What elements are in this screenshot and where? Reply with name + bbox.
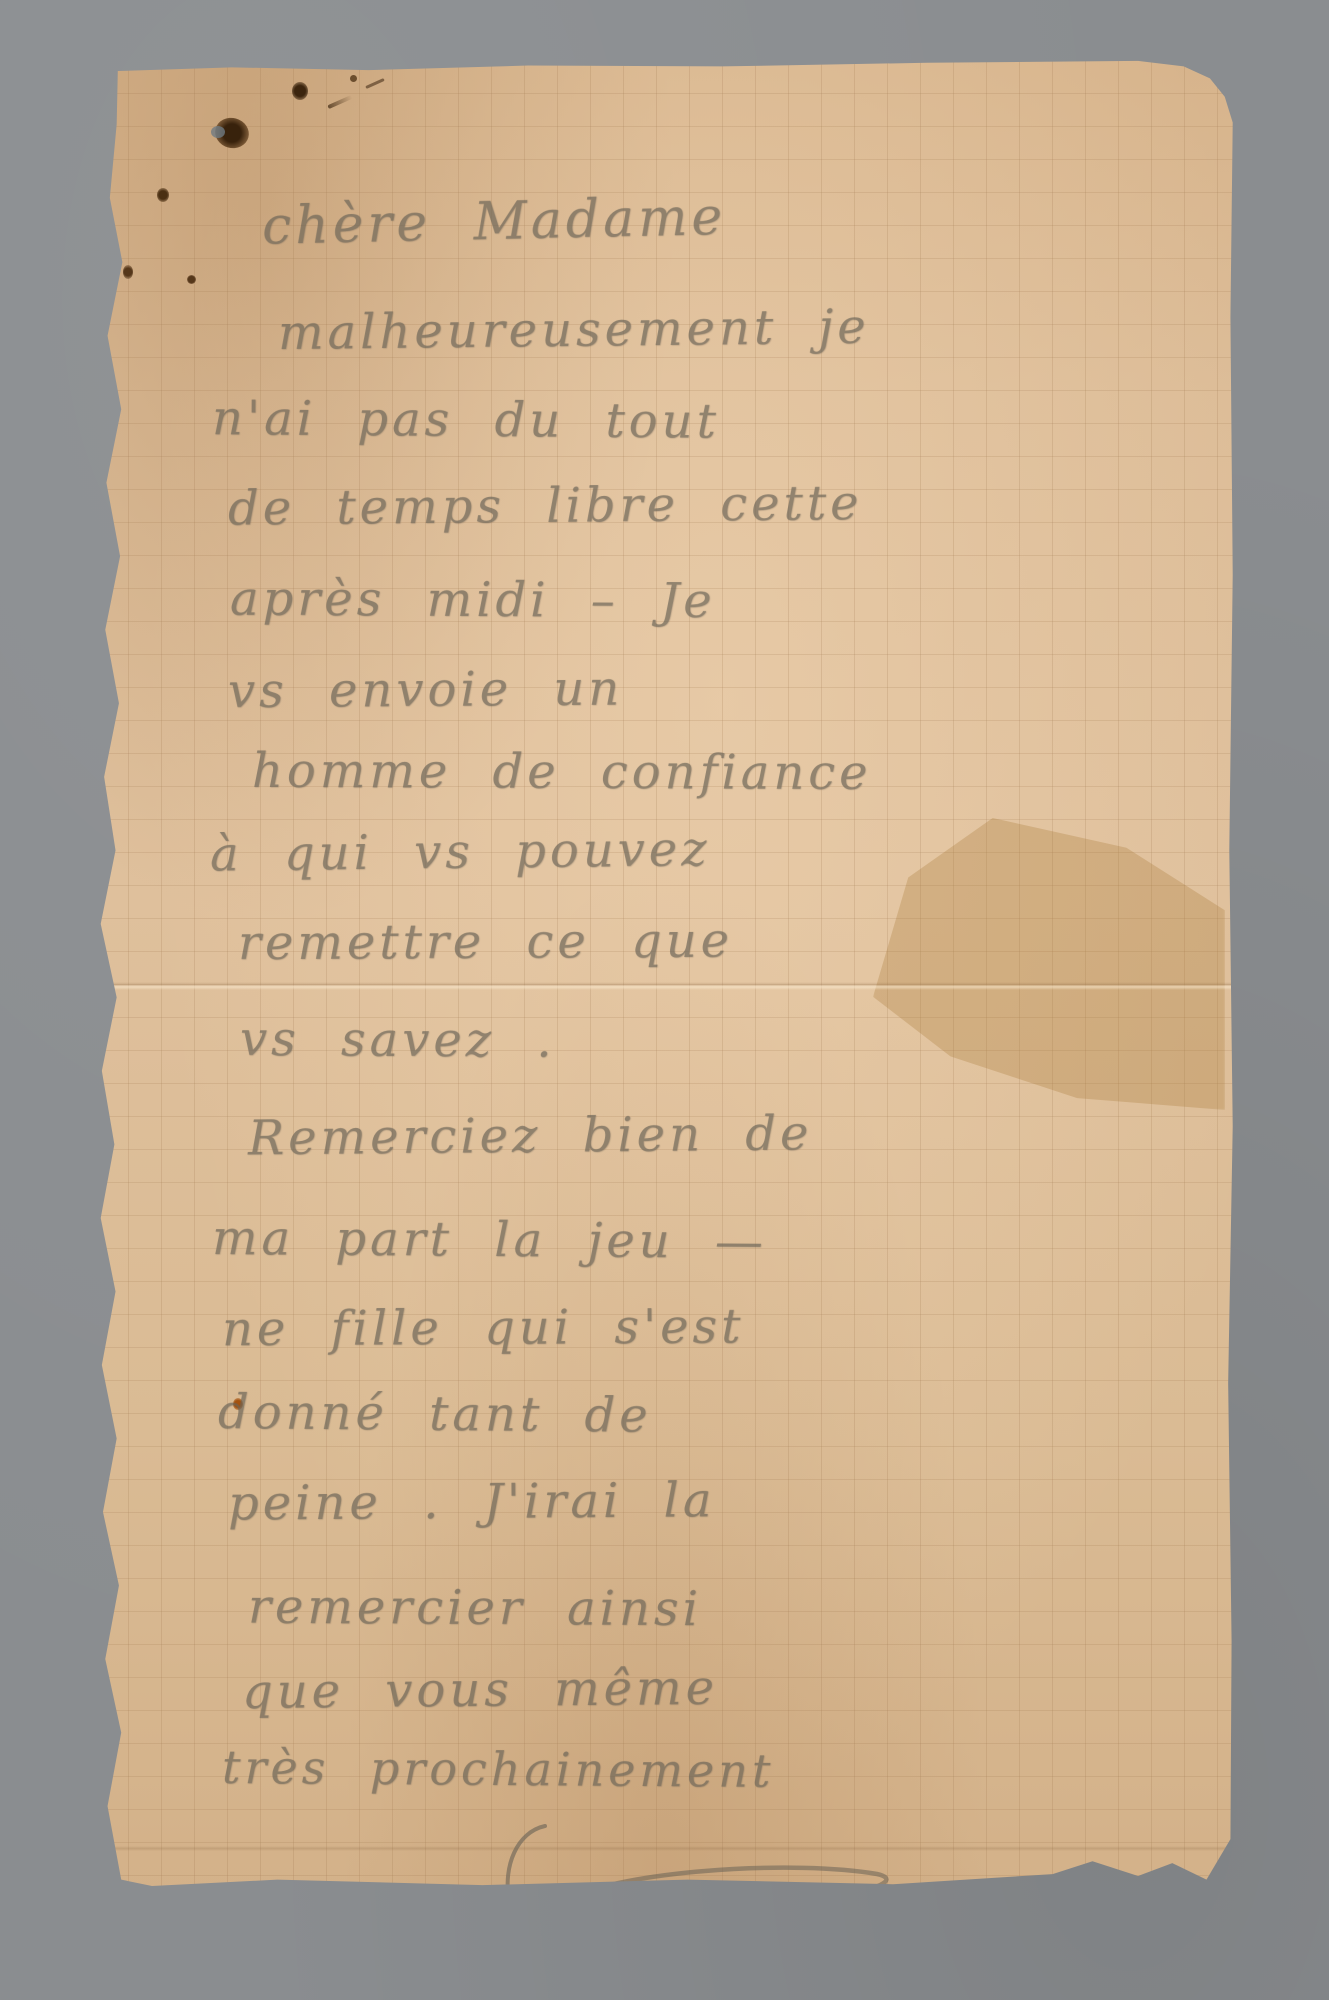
handwritten-line-8: à qui vs pouvez — [210, 821, 711, 882]
ink-stain-dot — [350, 75, 357, 82]
ink-stain-dot — [123, 265, 133, 279]
handwritten-line-14: donné tant de — [218, 1384, 652, 1444]
ink-stain-dot — [187, 275, 196, 284]
handwritten-line-15: peine . J'irai la — [228, 1472, 716, 1531]
handwritten-line-3: n'ai pas du tout — [212, 390, 720, 450]
handwritten-line-18: très prochainement — [222, 1740, 775, 1798]
fold-crease — [95, 982, 1235, 990]
handwritten-line-11: Remerciez bien de — [248, 1106, 813, 1167]
handwritten-line-6: vs envoie un — [228, 661, 624, 720]
photo-of-letter: { "photo": { "background_color": "#8a8d9… — [0, 0, 1329, 2000]
handwritten-line-2: malheureusement je — [278, 299, 870, 361]
handwritten-line-12: ma part la jeu — — [212, 1210, 767, 1270]
handwritten-line-1: chère Madame — [261, 187, 726, 257]
handwritten-line-17: que vous même — [242, 1660, 718, 1720]
ink-stain-hole — [211, 126, 225, 138]
ink-stain-dot — [157, 188, 169, 202]
handwritten-line-7: homme de confiance — [252, 743, 872, 801]
handwritten-line-10: vs savez . — [240, 1011, 556, 1069]
handwritten-line-5: après midi – Je — [230, 571, 716, 630]
ink-stain-small — [292, 82, 308, 100]
handwritten-line-4: de temps libre cette — [228, 475, 863, 537]
handwritten-line-13: ne fille qui s'est — [222, 1299, 745, 1358]
handwritten-line-16: remercier ainsi — [248, 1579, 702, 1637]
letter-paper: chère Madame malheureusement je n'ai pas… — [95, 60, 1235, 1898]
handwritten-line-9: remettre ce que — [238, 913, 733, 972]
